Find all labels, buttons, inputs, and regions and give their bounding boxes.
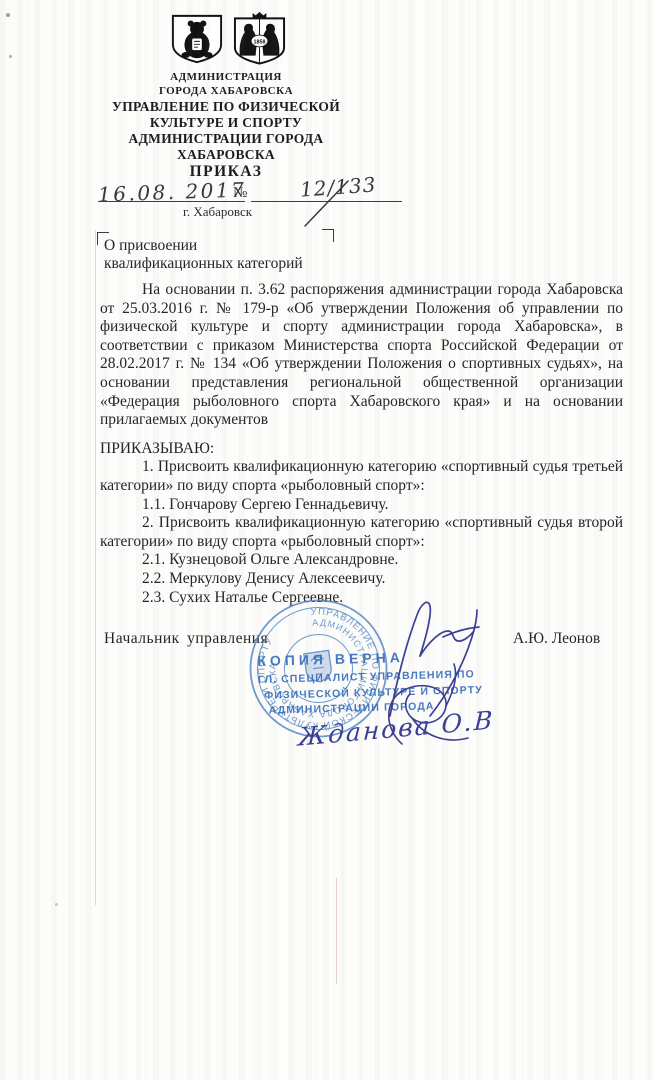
org-large-line: АДМИНИСТРАЦИИ ГОРОДА: [0, 131, 452, 147]
paper-crease: [336, 878, 337, 984]
number-underline: [251, 201, 402, 202]
scan-speck: [6, 13, 10, 17]
order-item-2-2: 2.2. Меркулову Денису Алексеевичу.: [100, 570, 623, 589]
emblem-year-label: 1858: [254, 39, 266, 45]
org-small-line: АДМИНИСТРАЦИЯ: [0, 71, 452, 85]
order-item-1: 1. Присвоить квалификационную категорию …: [100, 458, 623, 495]
order-item-2-1: 2.1. Кузнецовой Ольге Александровне.: [100, 551, 623, 570]
khabarovsk-city-emblem-icon: 1858: [232, 11, 287, 65]
command-word: ПРИКАЗЫВАЮ:: [100, 440, 623, 459]
khabarovsk-krai-emblem-icon: [170, 13, 224, 65]
subject-block: О присвоении квалификационных категорий: [104, 237, 329, 272]
org-name-large: УПРАВЛЕНИЕ ПО ФИЗИЧЕСКОЙ КУЛЬТУРЕ И СПОР…: [0, 99, 452, 163]
scanned-order-document: 1858 АДМИНИСТРАЦИЯ ГОРОДА ХАБАРОВСКА УПР…: [0, 0, 655, 1080]
subject-line: О присвоении: [104, 237, 329, 255]
scan-speck: [9, 55, 12, 58]
paper-crease: [95, 230, 96, 905]
org-name-small: АДМИНИСТРАЦИЯ ГОРОДА ХАБАРОВСКА: [0, 71, 452, 98]
org-large-line: ХАБАРОВСКА: [0, 147, 452, 163]
order-item-2: 2. Присвоить квалификационную категорию …: [100, 514, 623, 551]
city-line: г. Хабаровск: [160, 204, 275, 220]
signature-name: А.Ю. Леонов: [513, 630, 600, 648]
order-body: На основании п. 3.62 распоряжения админи…: [100, 281, 623, 607]
order-item-1-1: 1.1. Гончарову Сергею Геннадьевичу.: [100, 496, 623, 515]
date-underline: [98, 201, 245, 202]
org-large-line: КУЛЬТУРЕ И СПОРТУ: [0, 115, 452, 131]
subject-line: квалификационных категорий: [104, 255, 329, 273]
org-small-line: ГОРОДА ХАБАРОВСКА: [0, 85, 452, 99]
date-handwritten: 16.08. 2017: [98, 177, 247, 206]
org-large-line: УПРАВЛЕНИЕ ПО ФИЗИЧЕСКОЙ: [0, 99, 452, 115]
number-handwritten: 12/133: [299, 172, 377, 201]
scan-speck: [55, 903, 58, 906]
number-sign: №: [233, 185, 247, 202]
preamble-paragraph: На основании п. 3.62 распоряжения админи…: [100, 281, 623, 430]
